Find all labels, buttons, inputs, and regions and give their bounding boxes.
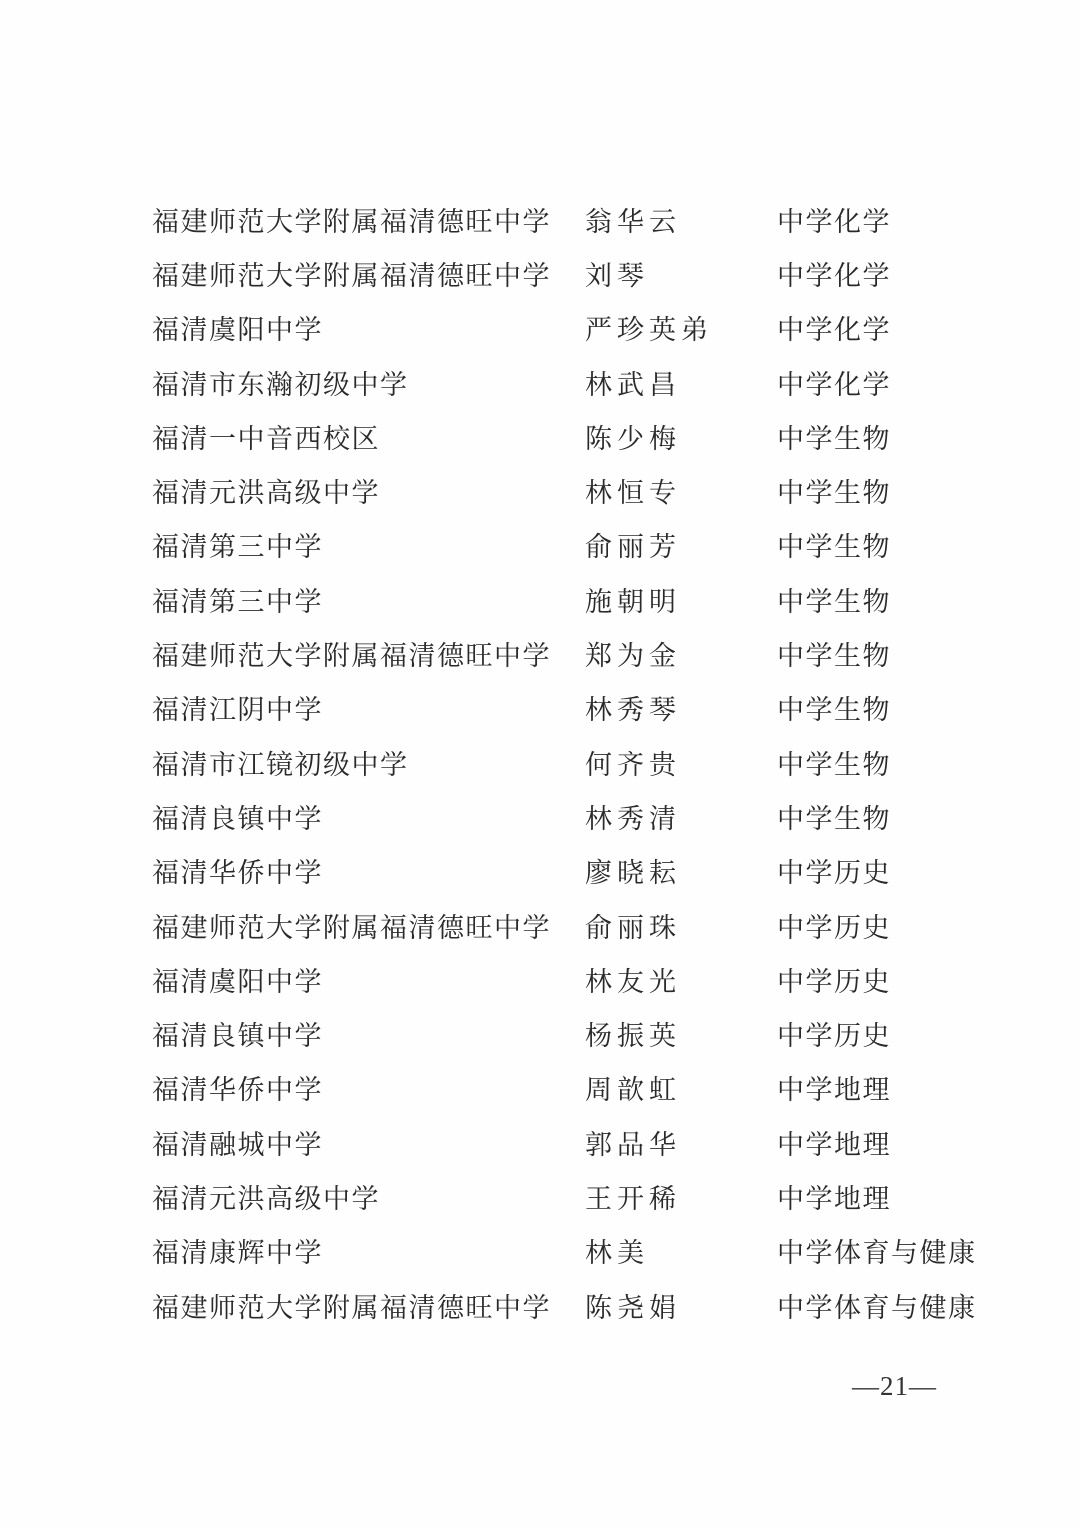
school-cell: 福清一中音西校区 [152, 426, 585, 453]
subject-cell: 中学化学 [777, 209, 1080, 236]
subject-cell: 中学地理 [777, 1186, 1080, 1213]
teacher-list-table: 福建师范大学附属福清德旺中学 翁华云 中学化学 福建师范大学附属福清德旺中学 刘… [0, 195, 1080, 1335]
subject-cell: 中学生物 [777, 534, 1080, 561]
teacher-name-cell: 何齐贵 [585, 752, 777, 779]
subject-cell: 中学生物 [777, 480, 1080, 507]
teacher-name-cell: 郑为金 [585, 643, 777, 670]
table-row: 福清良镇中学 杨振英 中学历史 [0, 1009, 1080, 1063]
table-row: 福清第三中学 施朝明 中学生物 [0, 575, 1080, 629]
teacher-name-cell: 林友光 [585, 969, 777, 996]
subject-cell: 中学化学 [777, 317, 1080, 344]
page-number: —21— [852, 1371, 937, 1402]
teacher-name-cell: 严珍英弟 [585, 317, 777, 344]
table-row: 福建师范大学附属福清德旺中学 刘琴 中学化学 [0, 249, 1080, 303]
teacher-name-cell: 陈少梅 [585, 426, 777, 453]
school-cell: 福清元洪高级中学 [152, 480, 585, 507]
teacher-name-cell: 郭品华 [585, 1132, 777, 1159]
school-cell: 福清市江镜初级中学 [152, 752, 585, 779]
teacher-name-cell: 刘琴 [585, 263, 777, 290]
table-row: 福清虞阳中学 严珍英弟 中学化学 [0, 304, 1080, 358]
table-row: 福建师范大学附属福清德旺中学 郑为金 中学生物 [0, 629, 1080, 683]
subject-cell: 中学生物 [777, 426, 1080, 453]
table-row: 福清市江镜初级中学 何齐贵 中学生物 [0, 738, 1080, 792]
teacher-name-cell: 林恒专 [585, 480, 777, 507]
school-cell: 福建师范大学附属福清德旺中学 [152, 643, 585, 670]
school-cell: 福清华侨中学 [152, 860, 585, 887]
school-cell: 福建师范大学附属福清德旺中学 [152, 1295, 585, 1322]
subject-cell: 中学生物 [777, 806, 1080, 833]
school-cell: 福清第三中学 [152, 534, 585, 561]
subject-cell: 中学地理 [777, 1077, 1080, 1104]
table-row: 福清市东瀚初级中学 林武昌 中学化学 [0, 358, 1080, 412]
subject-cell: 中学化学 [777, 263, 1080, 290]
teacher-name-cell: 俞丽芳 [585, 534, 777, 561]
school-cell: 福清江阴中学 [152, 697, 585, 724]
school-cell: 福清市东瀚初级中学 [152, 372, 585, 399]
school-cell: 福清虞阳中学 [152, 317, 585, 344]
table-row: 福清元洪高级中学 林恒专 中学生物 [0, 466, 1080, 520]
subject-cell: 中学地理 [777, 1132, 1080, 1159]
table-row: 福清江阴中学 林秀琴 中学生物 [0, 684, 1080, 738]
school-cell: 福清元洪高级中学 [152, 1186, 585, 1213]
subject-cell: 中学生物 [777, 752, 1080, 779]
document-page: 福建师范大学附属福清德旺中学 翁华云 中学化学 福建师范大学附属福清德旺中学 刘… [0, 0, 1080, 1528]
school-cell: 福清华侨中学 [152, 1077, 585, 1104]
teacher-name-cell: 廖晓耘 [585, 860, 777, 887]
school-cell: 福清融城中学 [152, 1132, 585, 1159]
table-row: 福清元洪高级中学 王开稀 中学地理 [0, 1172, 1080, 1226]
teacher-name-cell: 林武昌 [585, 372, 777, 399]
school-cell: 福建师范大学附属福清德旺中学 [152, 263, 585, 290]
teacher-name-cell: 林秀琴 [585, 697, 777, 724]
school-cell: 福清第三中学 [152, 589, 585, 616]
table-row: 福建师范大学附属福清德旺中学 俞丽珠 中学历史 [0, 901, 1080, 955]
teacher-name-cell: 施朝明 [585, 589, 777, 616]
subject-cell: 中学历史 [777, 1023, 1080, 1050]
subject-cell: 中学历史 [777, 915, 1080, 942]
teacher-name-cell: 王开稀 [585, 1186, 777, 1213]
subject-cell: 中学历史 [777, 860, 1080, 887]
school-cell: 福清康辉中学 [152, 1240, 585, 1267]
teacher-name-cell: 杨振英 [585, 1023, 777, 1050]
school-cell: 福建师范大学附属福清德旺中学 [152, 915, 585, 942]
table-row: 福清康辉中学 林美 中学体育与健康 [0, 1227, 1080, 1281]
teacher-name-cell: 陈尧娟 [585, 1295, 777, 1322]
table-row: 福清第三中学 俞丽芳 中学生物 [0, 521, 1080, 575]
table-row: 福清虞阳中学 林友光 中学历史 [0, 955, 1080, 1009]
subject-cell: 中学生物 [777, 589, 1080, 616]
table-row: 福清融城中学 郭品华 中学地理 [0, 1118, 1080, 1172]
table-row: 福建师范大学附属福清德旺中学 陈尧娟 中学体育与健康 [0, 1281, 1080, 1335]
school-cell: 福建师范大学附属福清德旺中学 [152, 209, 585, 236]
subject-cell: 中学体育与健康 [777, 1240, 1080, 1267]
table-row: 福清良镇中学 林秀清 中学生物 [0, 792, 1080, 846]
subject-cell: 中学生物 [777, 697, 1080, 724]
table-row: 福清一中音西校区 陈少梅 中学生物 [0, 412, 1080, 466]
subject-cell: 中学历史 [777, 969, 1080, 996]
school-cell: 福清良镇中学 [152, 806, 585, 833]
teacher-name-cell: 俞丽珠 [585, 915, 777, 942]
teacher-name-cell: 翁华云 [585, 209, 777, 236]
teacher-name-cell: 林秀清 [585, 806, 777, 833]
table-row: 福建师范大学附属福清德旺中学 翁华云 中学化学 [0, 195, 1080, 249]
table-row: 福清华侨中学 廖晓耘 中学历史 [0, 847, 1080, 901]
school-cell: 福清良镇中学 [152, 1023, 585, 1050]
school-cell: 福清虞阳中学 [152, 969, 585, 996]
subject-cell: 中学生物 [777, 643, 1080, 670]
teacher-name-cell: 周歆虹 [585, 1077, 777, 1104]
teacher-name-cell: 林美 [585, 1240, 777, 1267]
subject-cell: 中学化学 [777, 372, 1080, 399]
table-row: 福清华侨中学 周歆虹 中学地理 [0, 1064, 1080, 1118]
subject-cell: 中学体育与健康 [777, 1295, 1080, 1322]
